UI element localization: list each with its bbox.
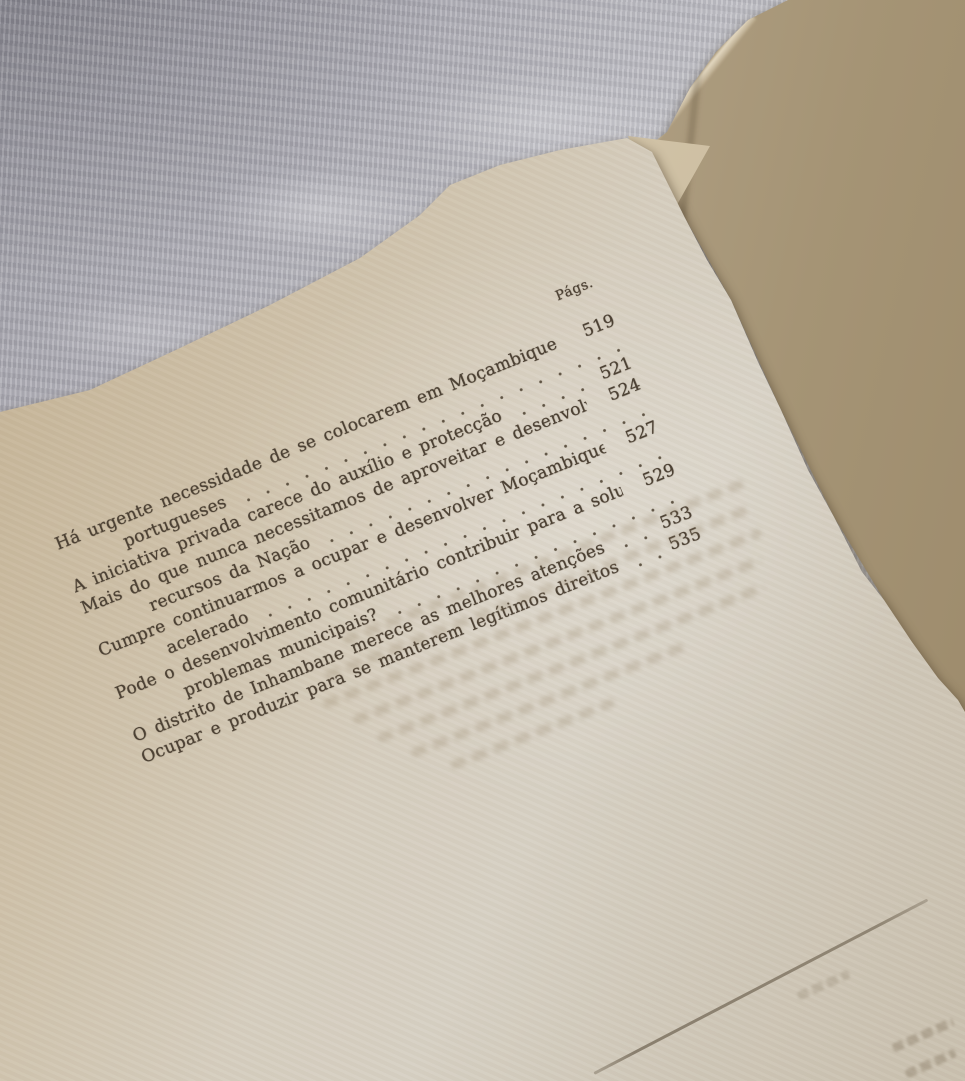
ghost-word [796, 970, 851, 1001]
ghost-word [891, 1018, 955, 1053]
ghost-word [904, 1048, 957, 1078]
book-photo: Págs. Há urgente necessidade de se coloc… [0, 0, 965, 1081]
toc-page: Págs. Há urgente necessidade de se coloc… [0, 0, 965, 1081]
dot-leader [568, 330, 582, 349]
page-rule-line [593, 899, 928, 1075]
toc-page-wrap: Págs. Há urgente necessidade de se coloc… [0, 0, 965, 1081]
dot-leader [594, 394, 608, 413]
dot-leader [628, 479, 642, 498]
dot-leader [611, 437, 625, 456]
